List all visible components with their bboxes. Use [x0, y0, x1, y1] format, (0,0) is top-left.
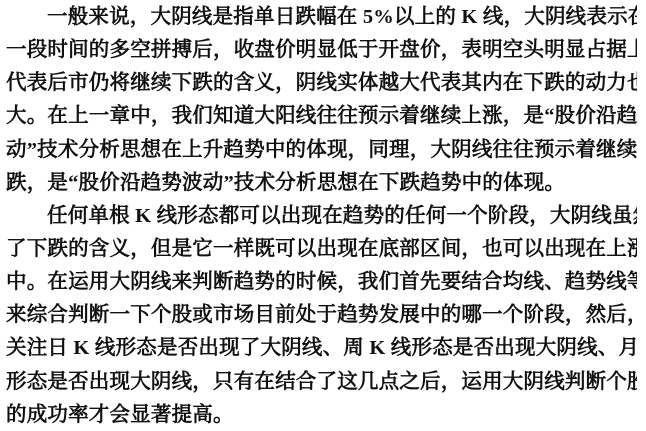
text-line: 任何单根 K 线形态都可以出现在趋势的任何一个阶段，大阴线虽然代表 — [6, 200, 637, 233]
text-line: 一段时间的多空拼搏后，收盘价明显低于开盘价，表明空头明显占据上风， — [6, 34, 637, 67]
text-line: 跌，是“股价沿趋势波动”技术分析思想在下跌趋势中的体现。 — [6, 167, 637, 200]
text-line: 代表后市仍将继续下跌的含义，阴线实体越大代表其内在下跌的动力也越 — [6, 67, 637, 100]
paragraph-1: 一般来说，大阴线是指单日跌幅在 5%以上的 K 线，大阴线表示在经过 一段时间的… — [6, 1, 637, 200]
text-line: 来综合判断一下个股或市场目前处于趋势发展中的哪一个阶段，然后，还要 — [6, 299, 637, 332]
text-line: 形态是否出现大阴线，只有在结合了这几点之后，运用大阴线判断个股走势 — [6, 366, 637, 399]
text-line: 了下跌的含义，但是它一样既可以出现在底部区间，也可以出现在上涨途 — [6, 233, 637, 266]
book-page: 一般来说，大阴线是指单日跌幅在 5%以上的 K 线，大阴线表示在经过 一段时间的… — [0, 0, 646, 431]
text-line: 一般来说，大阴线是指单日跌幅在 5%以上的 K 线，大阴线表示在经过 — [6, 1, 637, 34]
text-line: 大。在上一章中，我们知道大阳线往往预示着继续上涨，是“股价沿趋势波 — [6, 100, 637, 133]
text-line: 中。在运用大阴线来判断趋势的时候，我们首先要结合均线、趋势线等方面 — [6, 266, 637, 299]
text-line: 关注日 K 线形态是否出现了大阴线、周 K 线形态是否出现大阴线、月 K 线 — [6, 332, 637, 365]
text-line: 动”技术分析思想在上升趋势中的体现，同理，大阴线往往预示着继续下 — [6, 134, 637, 167]
text-line: 的成功率才会显著提高。 — [6, 399, 637, 431]
paragraph-2: 任何单根 K 线形态都可以出现在趋势的任何一个阶段，大阴线虽然代表 了下跌的含义… — [6, 200, 637, 431]
